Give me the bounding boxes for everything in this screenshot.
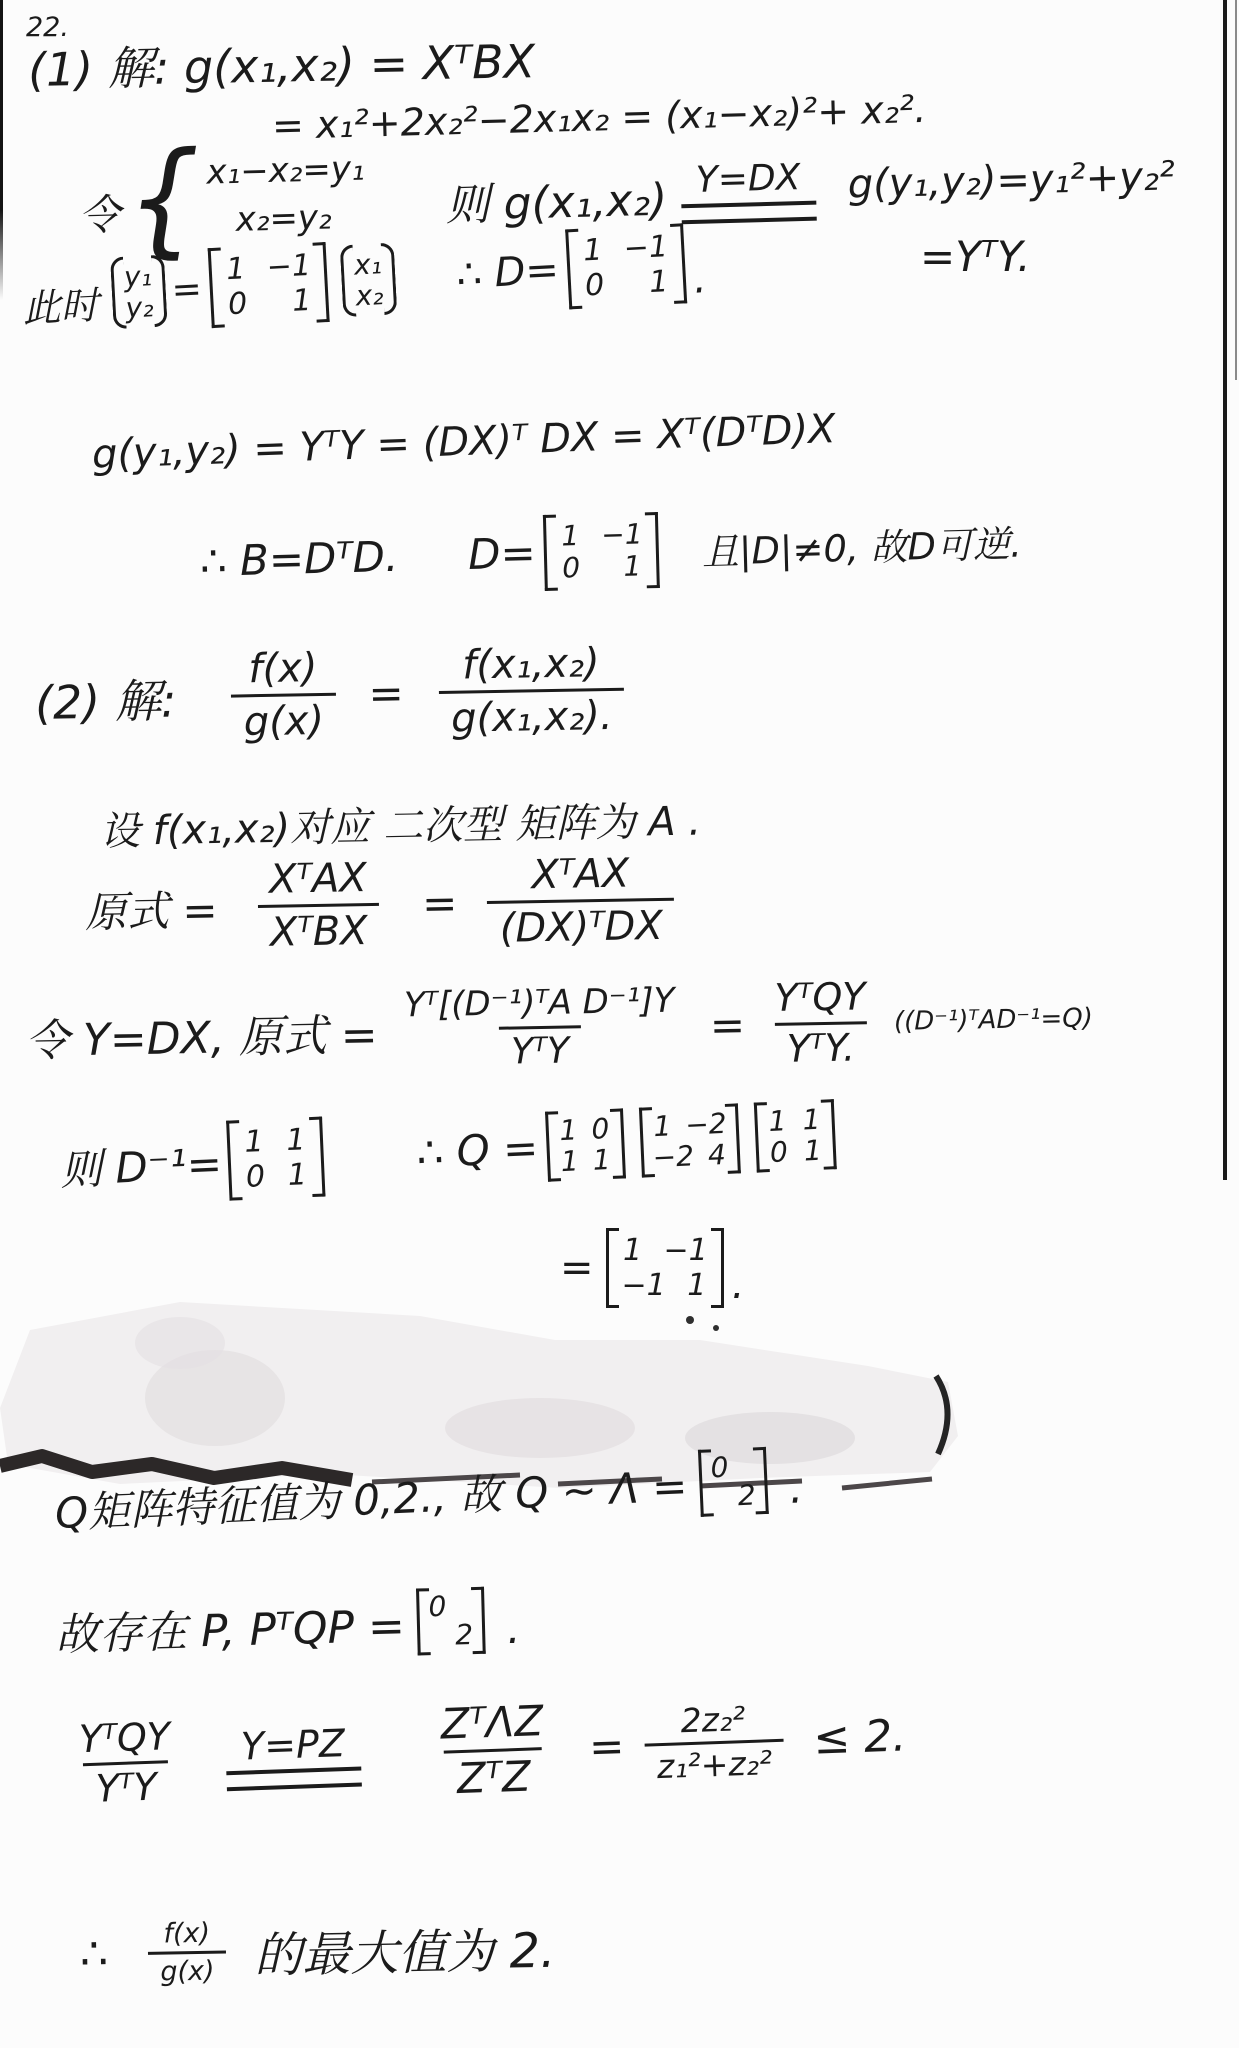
fraction-ytqy-yty: YᵀQY YᵀY	[66, 1712, 184, 1814]
cishi-label: 此时	[21, 274, 100, 333]
line-original-expression: 原式 = XᵀAX XᵀBX = XᵀAX (DX)ᵀDX	[84, 848, 683, 961]
double-underline	[681, 200, 816, 224]
max-value-text: 的最大值为 2.	[254, 1912, 556, 1986]
line-Q-product: 则 D⁻¹= 11 01 ∴ Q = 10 11 1−2 −24 11 01	[58, 1094, 845, 1208]
therefore-D: ∴ D=	[455, 247, 560, 298]
double-underline	[226, 1767, 362, 1792]
matrix-D: 1−1 01	[208, 242, 330, 328]
yuanshi-label: 原式 =	[84, 877, 218, 939]
line-substitute-Y: 令 Y=DX, 原式 = Yᵀ[(D⁻¹)ᵀA D⁻¹]Y YᵀY = YᵀQY…	[24, 969, 1094, 1086]
right-page-edge-line-2	[1235, 0, 1237, 380]
line-exists-P: 故存在 P, PᵀQP = 0 2 .	[54, 1586, 521, 1665]
B-equals: ∴ B=DᵀD.	[199, 532, 398, 586]
matrix-D-again: 1−1 01	[543, 512, 660, 591]
matrix-q3: 11 01	[754, 1099, 837, 1172]
line-define-A: 设 f(x₁,x₂)对应 二次型 矩阵为 A .	[100, 790, 702, 857]
vector-y: y₁ y₂	[110, 254, 168, 329]
matrix-D-result: 1−1 01	[565, 223, 687, 309]
fraction-xax-xbx: XᵀAX XᵀBX	[257, 853, 380, 958]
therefore-Q: ∴ Q =	[415, 1123, 539, 1177]
g-in-y: g(y₁,y₂)=y₁²+y₂²	[847, 153, 1175, 208]
matrix-D-inverse: 11 01	[226, 1117, 325, 1201]
fraction-ztlz-ztz: ZᵀΛZ ZᵀZ	[428, 1695, 558, 1807]
line-maximization: YᵀQY YᵀY Y=PZ ZᵀΛZ ZᵀZ = 2z₂² z₁²+z₂² ≤ …	[58, 1682, 908, 1819]
D-invertible-note: 且|D|≠0, 故D可逆.	[701, 513, 1022, 575]
substitution-equals: Y=DX	[680, 159, 817, 224]
then-g: 则 g(x₁,x₂)	[445, 164, 668, 234]
line-part2-head: (2) 解: f(x) g(x) = f(x₁,x₂) g(x₁,x₂).	[34, 638, 633, 751]
matrix-ptqp: 0 2	[416, 1587, 486, 1656]
line-yty: =YᵀY.	[920, 232, 1031, 281]
line-B-result: ∴ B=DᵀD. D= 1−1 01 且|D|≠0, 故D可逆.	[199, 502, 1023, 599]
part2-label: (2) 解:	[34, 664, 176, 732]
left-page-edge-line	[0, 0, 3, 300]
Q-definition-note: ((D⁻¹)ᵀAD⁻¹=Q)	[894, 1004, 1093, 1037]
right-page-edge-line	[1223, 0, 1227, 1180]
fraction-fg-small: f(x) g(x)	[147, 1915, 226, 1989]
line-conclusion: ∴ f(x) g(x) 的最大值为 2.	[79, 1910, 555, 1991]
vector-x: x₁ x₂	[340, 242, 398, 317]
fraction-fg-x1x2: f(x₁,x₂) g(x₁,x₂).	[438, 638, 625, 744]
line-gy-expansion: g(y₁,y₂) = YᵀY = (DX)ᵀ DX = Xᵀ(DᵀD)X	[91, 406, 836, 478]
system-brace: {	[125, 144, 203, 251]
matrix-lambda: 0 2	[698, 1447, 769, 1517]
matrix-q2: 1−2 −24	[639, 1103, 741, 1177]
fraction-2z2: 2z₂² z₁²+z₂²	[643, 1697, 785, 1789]
fraction-ytady: Yᵀ[(D⁻¹)ᵀA D⁻¹]Y YᵀY	[392, 980, 688, 1077]
substitution-equals-ypz: Y=PZ	[225, 1724, 362, 1792]
substitution-system: x₁−x₂=y₁ x₂=y₂	[206, 149, 366, 241]
handwritten-solution-page: 22. (1) 解: g(x₁,x₂) = XᵀBX = x₁²+2x₂²−2x…	[0, 0, 1239, 2048]
matrix-q1: 10 11	[545, 1109, 626, 1182]
fraction-fg: f(x) g(x)	[230, 643, 336, 748]
let-label: 令	[78, 182, 122, 243]
leq-two: ≤ 2.	[812, 1711, 907, 1765]
let-YDX: 令 Y=DX, 原式 =	[24, 999, 378, 1069]
fraction-xax-dxdx: XᵀAX (DX)ᵀDX	[486, 848, 675, 954]
line-g-definition: (1) 解: g(x₁,x₂) = XᵀBX	[27, 25, 535, 100]
fraction-ytqy: YᵀQY YᵀY.	[762, 973, 879, 1073]
therefore-sign: ∴	[80, 1929, 109, 1980]
then-Dinv: 则 D⁻¹=	[59, 1131, 223, 1198]
